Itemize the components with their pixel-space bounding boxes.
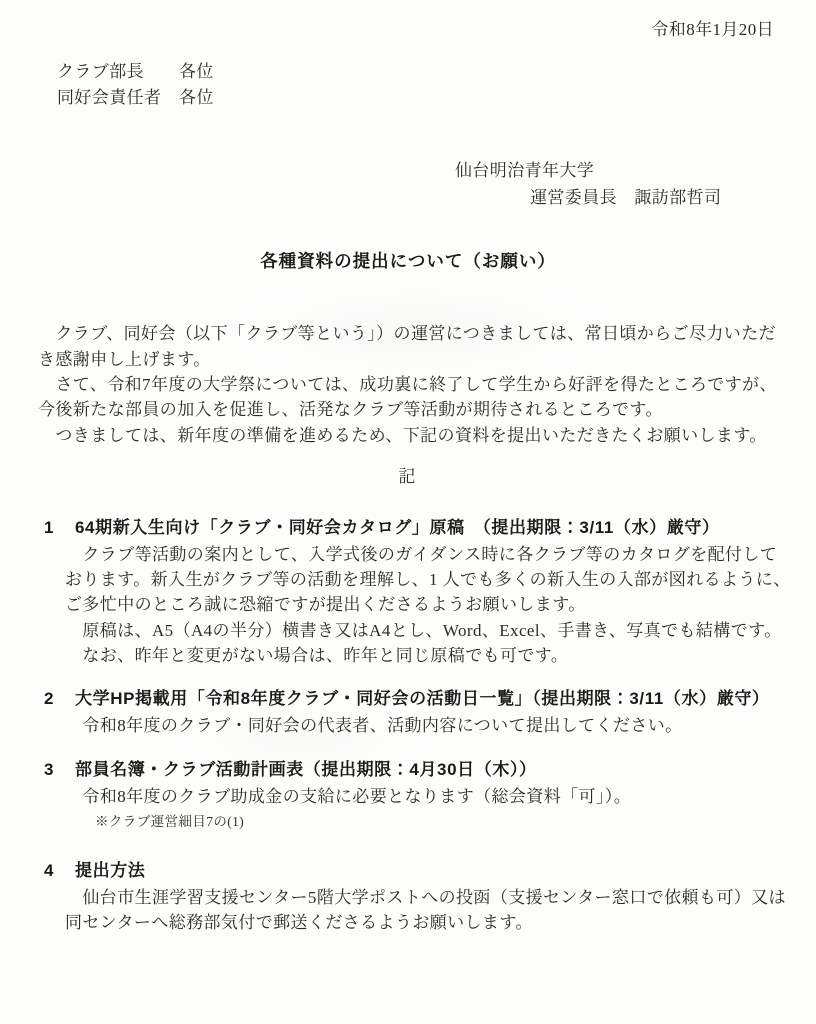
text-line: 同センターへ総務部気付で郵送くださるようお願いします。	[65, 910, 780, 935]
text-line: 原稿は、A5（A4の半分）横書き又はA4とし、Word、Excel、手書き、写真…	[65, 618, 780, 643]
item-body: クラブ等活動の案内として、入学式後のガイダンス時に各クラブ等のカタログを配付して…	[65, 542, 780, 669]
text-line: き感謝申し上げます。	[38, 347, 778, 372]
document-date: 令和8年1月20日	[0, 17, 816, 42]
item-footnote: ※クラブ運営細目7の(1)	[95, 810, 780, 834]
text-line: 令和8年度のクラブ助成金の支給に必要となります（総会資料「可」）。	[65, 784, 780, 809]
item-heading: 4 提出方法	[44, 858, 780, 884]
sender-block: 仙台明治青年大学 運営委員長 諏訪部哲司	[0, 157, 816, 211]
text-line: クラブ等活動の案内として、入学式後のガイダンス時に各クラブ等のカタログを配付して	[65, 542, 780, 567]
sender-title-and-name: 運営委員長 諏訪部哲司	[530, 184, 816, 211]
recipient-line: クラブ部長各位	[57, 59, 816, 84]
text-line: さて、令和7年度の大学祭については、成功裏に終了して学生から好評を得たところです…	[38, 372, 778, 397]
item-heading-text: 大学HP掲載用「令和8年度クラブ・同好会の活動日一覧」（提出期限：3/11（水）…	[75, 686, 770, 712]
list-item-1: 1 64期新入生向け「クラブ・同好会カタログ」原稿 （提出期限：3/11（水）厳…	[44, 515, 780, 669]
greeting-paragraph-2: さて、令和7年度の大学祭については、成功裏に終了して学生から好評を得たところです…	[38, 372, 778, 423]
greeting-section: クラブ、同好会（以下「クラブ等という」）の運営につきましては、常日頃からご尽力い…	[38, 321, 778, 448]
item-heading: 1 64期新入生向け「クラブ・同好会カタログ」原稿 （提出期限：3/11（水）厳…	[44, 515, 780, 541]
text-line: なお、昨年と変更がない場合は、昨年と同じ原稿でも可です。	[65, 643, 780, 668]
document-title: 各種資料の提出について（お願い）	[0, 248, 816, 274]
text-line: クラブ、同好会（以下「クラブ等という」）の運営につきましては、常日頃からご尽力い…	[38, 321, 778, 346]
item-body: 令和8年度のクラブ助成金の支給に必要となります（総会資料「可」）。 ※クラブ運営…	[65, 784, 780, 833]
item-heading: 3 部員名簿・クラブ活動計画表（提出期限：4月30日（木））	[44, 757, 780, 783]
text-line: 令和8年度のクラブ・同好会の代表者、活動内容について提出してください。	[65, 713, 780, 738]
list-item-3: 3 部員名簿・クラブ活動計画表（提出期限：4月30日（木）） 令和8年度のクラブ…	[44, 757, 780, 833]
recipient-name: 同好会責任者	[57, 85, 179, 110]
item-heading-text: 部員名簿・クラブ活動計画表（提出期限：4月30日（木））	[75, 757, 537, 783]
list-item-4: 4 提出方法 仙台市生涯学習支援センター5階大学ポストへの投函（支援センター窓口…	[44, 858, 780, 936]
record-marker: 記	[0, 464, 816, 489]
text-line: ご多忙中のところ誠に恐縮ですが提出くださるようお願いします。	[65, 592, 780, 617]
list-item-2: 2 大学HP掲載用「令和8年度クラブ・同好会の活動日一覧」（提出期限：3/11（…	[44, 686, 780, 738]
item-heading-text: 提出方法	[75, 858, 145, 884]
item-number: 2	[44, 686, 75, 712]
greeting-paragraph-1: クラブ、同好会（以下「クラブ等という」）の運営につきましては、常日頃からご尽力い…	[38, 321, 778, 372]
item-heading: 2 大学HP掲載用「令和8年度クラブ・同好会の活動日一覧」（提出期限：3/11（…	[44, 686, 780, 712]
item-body: 令和8年度のクラブ・同好会の代表者、活動内容について提出してください。	[65, 713, 780, 738]
item-number: 1	[44, 515, 75, 541]
recipient-name: クラブ部長	[57, 59, 179, 84]
recipient-honorific: 各位	[179, 62, 214, 81]
item-body: 仙台市生涯学習支援センター5階大学ポストへの投函（支援センター窓口で依頼も可）又…	[65, 885, 780, 936]
recipient-line: 同好会責任者各位	[57, 85, 816, 110]
text-line: つきましては、新年度の準備を進めるため、下記の資料を提出いただきたくお願いします…	[38, 423, 778, 448]
item-number: 3	[44, 757, 75, 783]
recipient-block: クラブ部長各位 同好会責任者各位	[57, 59, 816, 110]
greeting-paragraph-3: つきましては、新年度の準備を進めるため、下記の資料を提出いただきたくお願いします…	[38, 423, 778, 448]
sender-organization: 仙台明治青年大学	[455, 157, 816, 184]
text-line: 仙台市生涯学習支援センター5階大学ポストへの投函（支援センター窓口で依頼も可）又…	[65, 885, 780, 910]
text-line: おります。新入生がクラブ等の活動を理解し、1 人でも多くの新入生の入部が図れるよ…	[65, 567, 780, 592]
item-list: 1 64期新入生向け「クラブ・同好会カタログ」原稿 （提出期限：3/11（水）厳…	[44, 515, 780, 936]
text-line: 今後新たな部員の加入を促進し、活発なクラブ等活動が期待されるところです。	[38, 397, 778, 422]
recipient-honorific: 各位	[179, 88, 214, 107]
item-heading-text: 64期新入生向け「クラブ・同好会カタログ」原稿 （提出期限：3/11（水）厳守）	[75, 515, 720, 541]
item-number: 4	[44, 858, 75, 884]
scanned-letter-page: 令和8年1月20日 クラブ部長各位 同好会責任者各位 仙台明治青年大学 運営委員…	[0, 0, 816, 1024]
